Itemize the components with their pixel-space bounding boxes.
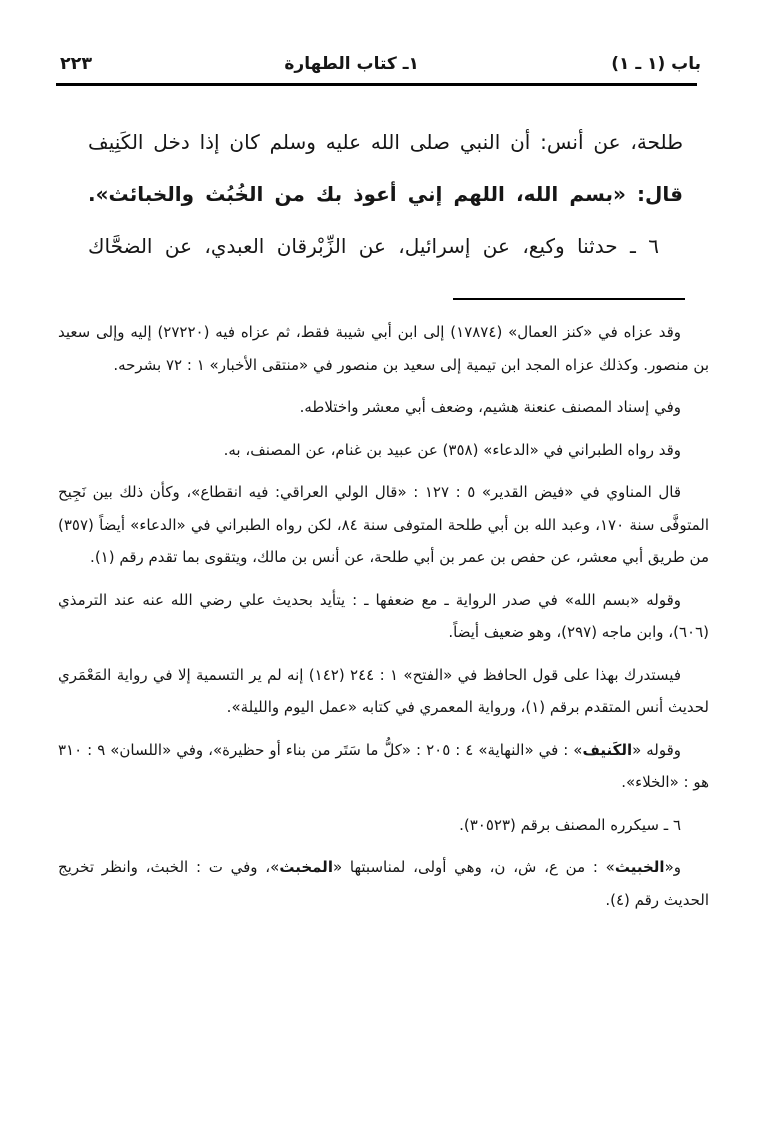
text-segment: قال المناوي في «فيض القدير» ٥ : ١٢٧ : «ق…: [58, 483, 709, 566]
text-segment: وقد رواه الطبراني في «الدعاء» (٣٥٨) عن ع…: [224, 441, 681, 459]
text-segment: و«: [665, 858, 681, 876]
footnote-basmala: وقوله «بسم الله» في صدر الرواية ـ مع ضعف…: [58, 584, 709, 649]
chapter-heading: باب (١ ـ ١): [611, 54, 701, 74]
hadith-dua-line: قال: «بسم الله، اللهم إني أعوذ بك من الخ…: [88, 168, 683, 220]
bold-text-segment: الخبيث: [615, 858, 665, 876]
footnote-hadith-6: ٦ ـ سيكرره المصنف برقم (٣٠٥٢٣).: [58, 809, 709, 842]
footnote-fath-albari: فيستدرك بهذا على قول الحافظ في «الفتح» ١…: [58, 659, 709, 724]
footnote-kanif-definition: وقوله «الكَنيف» : في «النهاية» ٤ : ٢٠٥ :…: [58, 734, 709, 799]
hadith-6-isnad: ٦ ـ حدثنا وكيع، عن إسرائيل، عن الزِّبْرق…: [88, 220, 683, 272]
text-segment: طلحة، عن أنس: أن النبي صلى الله عليه وسل…: [88, 130, 683, 154]
text-segment: ٦ ـ سيكرره المصنف برقم (٣٠٥٢٣).: [459, 816, 681, 834]
footnote-munawi-fayd: قال المناوي في «فيض القدير» ٥ : ١٢٧ : «ق…: [58, 476, 709, 574]
footnote-isnad-weakness: وفي إسناد المصنف عنعنة هشيم، وضعف أبي مع…: [58, 391, 709, 424]
footnotes-block: وقد عزاه في «كنز العمال» (١٧٨٧٤) إلى ابن…: [58, 316, 709, 916]
text-segment: وقوله «: [632, 741, 681, 759]
text-segment: ٦ ـ حدثنا وكيع، عن إسرائيل، عن الزِّبْرق…: [88, 234, 659, 258]
bold-text-segment: الكَنيف: [582, 741, 632, 759]
hadith-isnad-matn-line-1: طلحة، عن أنس: أن النبي صلى الله عليه وسل…: [88, 116, 683, 168]
bold-text-segment: قال: «بسم الله، اللهم إني أعوذ بك من الخ…: [88, 182, 683, 206]
footnote-khabith-variant: و«الخبيث» : من ع، ش، ن، وهي أولى، لمناسب…: [58, 851, 709, 916]
hadith-text-block: طلحة، عن أنس: أن النبي صلى الله عليه وسل…: [88, 116, 683, 272]
page-header: باب (١ ـ ١) ١ـ كتاب الطهارة ٢٢٣: [56, 54, 711, 74]
footnote-tabarani-dua: وقد رواه الطبراني في «الدعاء» (٣٥٨) عن ع…: [58, 434, 709, 467]
footnote-kanz-alummal: وقد عزاه في «كنز العمال» (١٧٨٧٤) إلى ابن…: [58, 316, 709, 381]
text-segment: وفي إسناد المصنف عنعنة هشيم، وضعف أبي مع…: [300, 398, 681, 416]
text-segment: وقوله «بسم الله» في صدر الرواية ـ مع ضعف…: [58, 591, 709, 642]
book-page: باب (١ ـ ١) ١ـ كتاب الطهارة ٢٢٣ طلحة، عن…: [0, 0, 773, 1122]
bold-text-segment: المخبث: [279, 858, 333, 876]
book-title-heading: ١ـ كتاب الطهارة: [284, 54, 419, 74]
footnote-separator-rule: [453, 298, 685, 300]
page-number: ٢٢٣: [60, 54, 92, 74]
text-segment: » : من ع، ش، ن، وهي أولى، لمناسبتها «: [333, 858, 615, 876]
header-rule: [56, 83, 697, 86]
text-segment: وقد عزاه في «كنز العمال» (١٧٨٧٤) إلى ابن…: [58, 323, 709, 374]
text-segment: فيستدرك بهذا على قول الحافظ في «الفتح» ١…: [58, 666, 709, 717]
